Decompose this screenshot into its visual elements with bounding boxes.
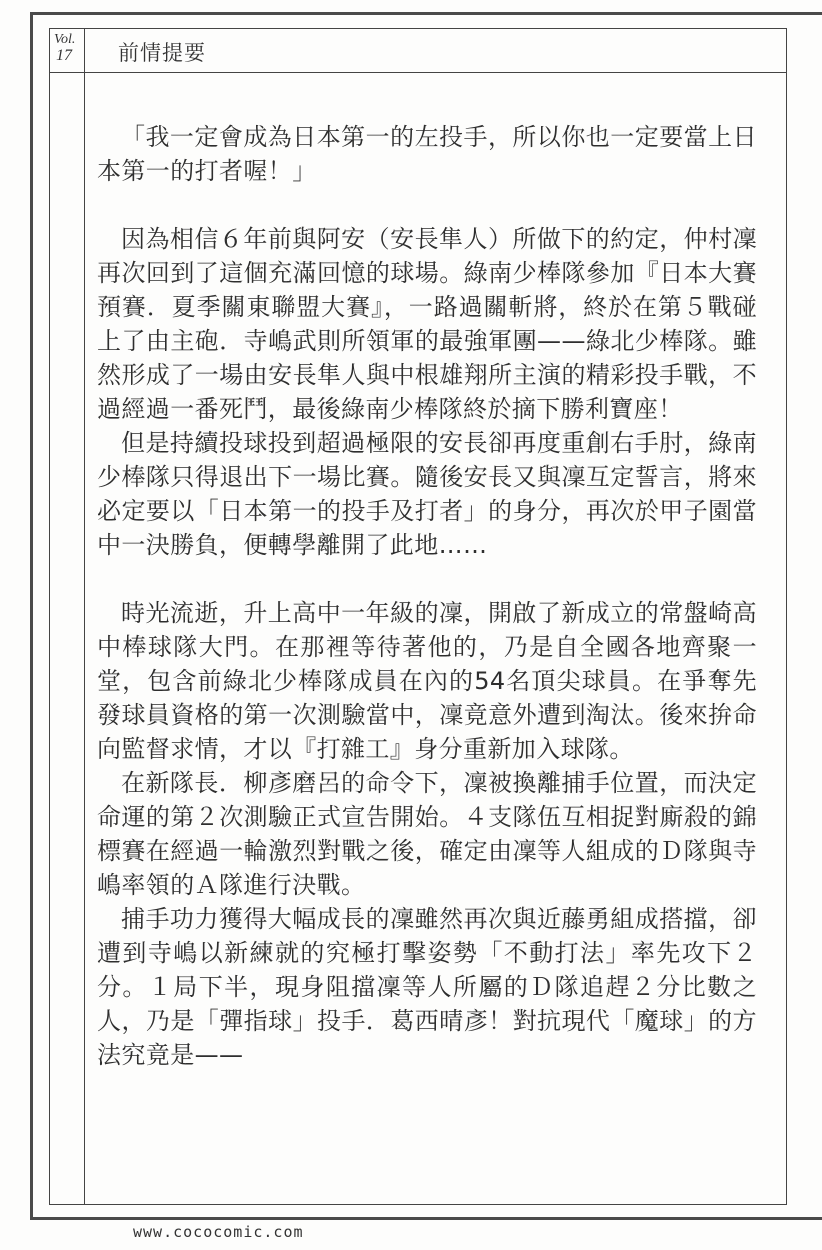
paragraph-injury: 但是持續投球投到超過極限的安長卻再度重創右手肘，綠南少棒隊只得退出下一場比賽。隨…	[97, 426, 757, 562]
paragraph-gap	[97, 562, 757, 596]
paragraph-final-battle: 捕手功力獲得大幅成長的凜雖然再次與近藤勇組成搭擋，卻遭到寺嶋以新練就的究極打擊姿…	[97, 902, 757, 1072]
volume-number: 17	[54, 48, 82, 64]
watermark-text: www.cococomic.com	[133, 1223, 304, 1241]
paragraph-promise-quote: 「我一定會成為日本第一的左投手，所以你也一定要當上日本第一的打者喔！」	[97, 120, 757, 188]
volume-prefix: Vol.	[54, 32, 82, 48]
header-row: Vol. 17 前情提要	[50, 29, 786, 73]
paragraph-gap	[97, 188, 757, 222]
paragraph-little-league: 因為相信６年前與阿安（安長隼人）所做下的約定，仲村凜再次回到了這個充滿回憶的球場…	[97, 222, 757, 426]
volume-label: Vol. 17	[54, 32, 82, 64]
summary-content: 「我一定會成為日本第一的左投手，所以你也一定要當上日本第一的打者喔！」 因為相信…	[97, 120, 757, 1072]
page-title: 前情提要	[118, 37, 206, 67]
paragraph-second-test: 在新隊長．柳彥磨呂的命令下，凜被換離捕手位置，而決定命運的第２次測驗正式宣告開始…	[97, 766, 757, 902]
volume-column	[50, 29, 85, 1204]
paragraph-high-school: 時光流逝，升上高中一年級的凜，開啟了新成立的常盤崎高中棒球隊大門。在那裡等待著他…	[97, 596, 757, 766]
